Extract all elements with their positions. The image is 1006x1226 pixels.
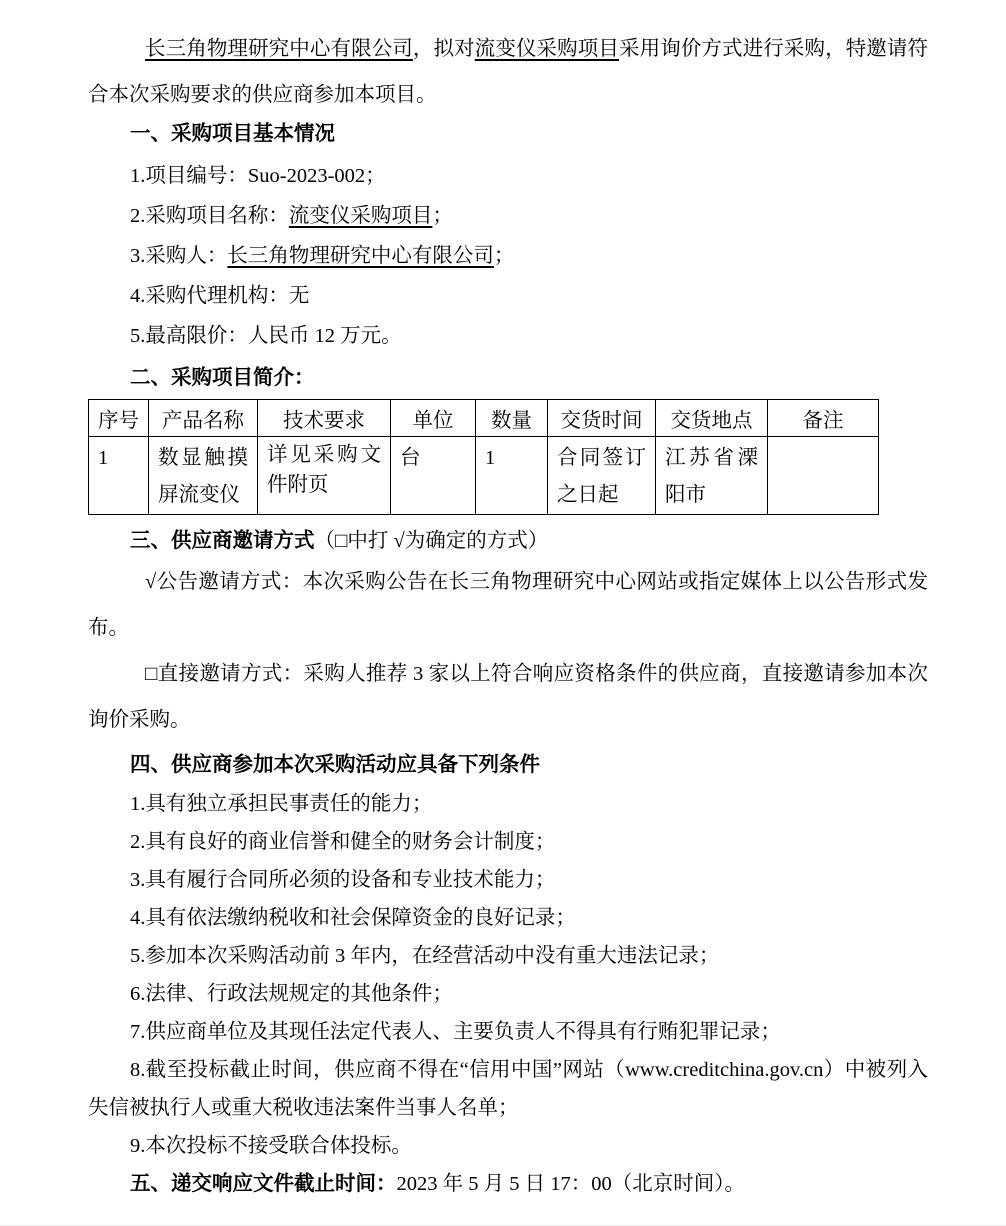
intro-mid-text: ，拟对 (413, 38, 475, 60)
condition-item: 7.供应商单位及其现任法定代表人、主要负责人不得具有行贿犯罪记录； (88, 1013, 928, 1051)
section1-heading: 一、采购项目基本情况 (88, 120, 928, 148)
cell-remark (768, 437, 879, 515)
col-unit: 单位 (391, 400, 476, 437)
item-purchaser-label: 3.采购人： (130, 245, 227, 267)
section1-items: 1.项目编号：Suo-2023-002； 2.采购项目名称：流变仪采购项目； 3… (88, 156, 928, 356)
purchaser-name-underlined: 长三角物理研究中心有限公司 (145, 38, 413, 60)
col-tech: 技术要求 (258, 400, 391, 437)
table-header-row: 序号 产品名称 技术要求 单位 数量 交货时间 交货地点 备注 (89, 400, 879, 437)
item-project-number: 1.项目编号：Suo-2023-002； (88, 156, 928, 196)
checkbox-icon: □ (145, 663, 158, 685)
condition-item: 1.具有独立承担民事责任的能力； (88, 785, 928, 823)
project-name-underlined: 流变仪采购项目 (475, 38, 619, 60)
condition-item: 6.法律、行政法规规定的其他条件； (88, 975, 928, 1013)
condition-item: 3.具有履行合同所必须的设备和专业技术能力； (88, 861, 928, 899)
section4-items: 1.具有独立承担民事责任的能力； 2.具有良好的商业信誉和健全的财务会计制度； … (88, 785, 928, 1203)
cell-delivery-time: 合同签订之日起 (548, 437, 656, 515)
cell-tech: 详见采购文件附页 (258, 437, 391, 515)
condition-item: 2.具有良好的商业信誉和健全的财务会计制度； (88, 823, 928, 861)
cell-seq: 1 (89, 437, 149, 515)
intro-paragraph: 长三角物理研究中心有限公司，拟对流变仪采购项目采用询价方式进行采购，特邀请符合本… (88, 26, 928, 118)
col-delivery-time: 交货时间 (548, 400, 656, 437)
cell-unit: 台 (391, 437, 476, 515)
invite-option-direct-text: 直接邀请方式：采购人推荐 3 家以上符合响应资格条件的供应商，直接邀请参加本次询… (88, 663, 928, 731)
section3-heading-note: （□中打 √为确定的方式） (315, 530, 549, 552)
item-agency: 4.采购代理机构：无 (88, 276, 928, 316)
invite-option-direct: □直接邀请方式：采购人推荐 3 家以上符合响应资格条件的供应商，直接邀请参加本次… (88, 651, 928, 743)
item-purchaser-punct: ； (494, 245, 515, 267)
invite-option-announcement: √公告邀请方式：本次采购公告在长三角物理研究中心网站或指定媒体上以公告形式发布。 (88, 559, 928, 651)
section3-heading: 三、供应商邀请方式（□中打 √为确定的方式） (88, 527, 928, 555)
procurement-notice-document: 长三角物理研究中心有限公司，拟对流变仪采购项目采用询价方式进行采购，特邀请符合本… (0, 0, 1006, 1226)
section2-heading: 二、采购项目简介： (88, 364, 928, 392)
condition-item: 9.本次投标不接受联合体投标。 (88, 1127, 928, 1165)
item-purchaser-value: 长三角物理研究中心有限公司 (227, 245, 494, 267)
col-remark: 备注 (768, 400, 879, 437)
condition-item: 4.具有依法缴纳税收和社会保障资金的良好记录； (88, 899, 928, 937)
col-qty: 数量 (476, 400, 548, 437)
item-project-name-value: 流变仪采购项目 (289, 205, 433, 227)
item-purchaser: 3.采购人：长三角物理研究中心有限公司； (88, 236, 928, 276)
col-seq: 序号 (89, 400, 149, 437)
deadline-value: 2023 年 5 月 5 日 17：00（北京时间）。 (397, 1173, 746, 1195)
col-delivery-place: 交货地点 (656, 400, 768, 437)
item-project-name-punct: ； (432, 205, 453, 227)
invite-option-announcement-text: 公告邀请方式：本次采购公告在长三角物理研究中心网站或指定媒体上以公告形式发布。 (88, 571, 928, 639)
checkmark-icon: √ (145, 571, 156, 593)
cell-delivery-place: 江苏省溧阳市 (656, 437, 768, 515)
col-product: 产品名称 (149, 400, 258, 437)
table-row: 1 数显触摸屏流变仪 详见采购文件附页 台 1 合同签订之日起 江苏省溧阳市 (89, 437, 879, 515)
cell-qty: 1 (476, 437, 548, 515)
item-project-name-label: 2.采购项目名称： (130, 205, 289, 227)
condition-item: 5.参加本次采购活动前 3 年内，在经营活动中没有重大违法记录； (88, 937, 928, 975)
cell-product: 数显触摸屏流变仪 (149, 437, 258, 515)
product-spec-table: 序号 产品名称 技术要求 单位 数量 交货时间 交货地点 备注 1 数显触摸屏流… (88, 399, 879, 515)
item-project-name: 2.采购项目名称：流变仪采购项目； (88, 196, 928, 236)
section5-heading-bold: 五、递交响应文件截止时间： (130, 1173, 397, 1195)
condition-item: 8.截至投标截止时间，供应商不得在“信用中国”网站（www.creditchin… (88, 1051, 928, 1127)
section5-heading: 五、递交响应文件截止时间：2023 年 5 月 5 日 17：00（北京时间）。 (88, 1165, 928, 1203)
section4-heading: 四、供应商参加本次采购活动应具备下列条件 (88, 751, 928, 779)
section3-heading-bold: 三、供应商邀请方式 (130, 530, 315, 552)
item-price-limit: 5.最高限价：人民币 12 万元。 (88, 316, 928, 356)
